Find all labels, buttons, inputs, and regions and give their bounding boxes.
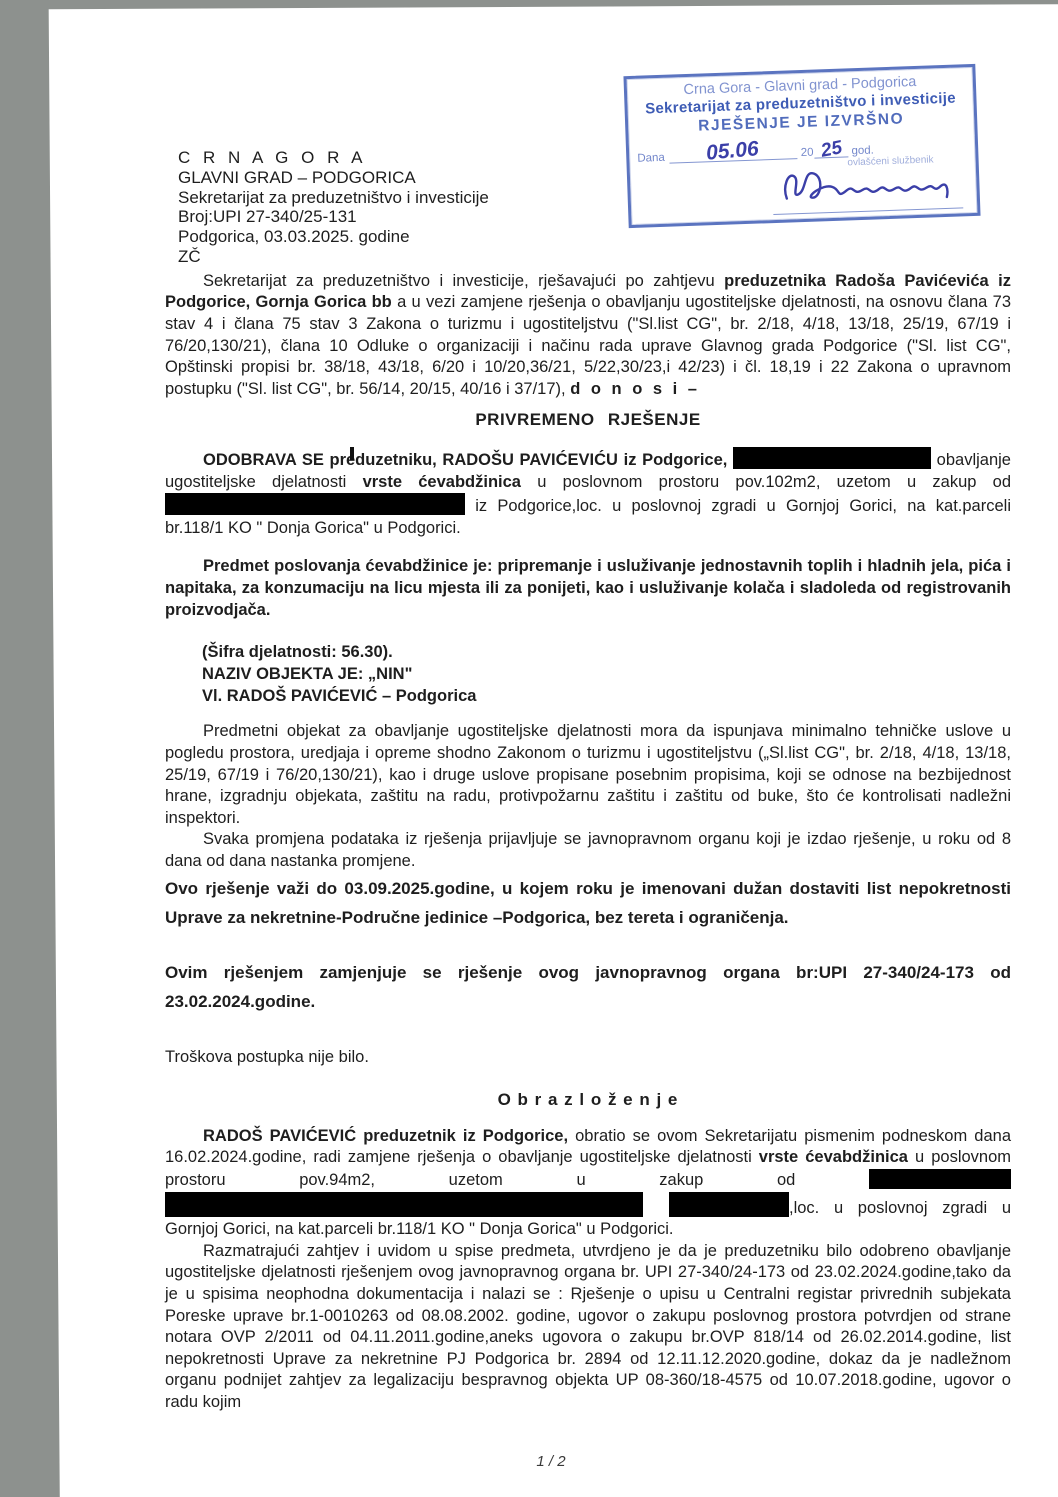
stamp-date-line: 05.06 [668, 134, 797, 163]
intro-donosi: d o n o s i – [570, 380, 700, 398]
letterhead-place-date: Podgorica, 03.03.2025. godine [178, 227, 1011, 247]
approval-text2: u poslovnom prostoru pov.102m2, uzetom u… [521, 473, 1011, 491]
scan-artifact-mark [350, 447, 354, 460]
redaction-bar [869, 1169, 1011, 1189]
activity-code: (Šifra djelatnosti: 56.30). [202, 642, 1011, 664]
approval-type-bold: vrste ćevabdžinica [363, 473, 521, 491]
stamp-year-line: 25 [814, 134, 849, 158]
explanation-party-bold: RADOŠ PAVIĆEVIĆ preduzetnik iz Podgorice… [203, 1127, 568, 1145]
explanation-title: O b r a z l o ž e n j e [165, 1089, 1011, 1111]
redaction-bar [165, 1192, 643, 1217]
page-number: 1 / 2 [0, 1453, 1058, 1470]
stamp-year-prefix: 20 [801, 147, 814, 159]
handwritten-date: 05.06 [705, 137, 759, 165]
explanation-paragraph-1: RADOŠ PAVIĆEVIĆ preduzetnik iz Podgorice… [165, 1126, 1011, 1241]
replacement-paragraph: Ovim rješenjem zamjenjuje se rješenje ov… [165, 958, 1011, 1017]
intro-paragraph: Sekretarijat za preduzetništvo i investi… [165, 271, 1011, 401]
owner-line: Vl. RADOŠ PAVIĆEVIĆ – Podgorica [202, 686, 1011, 708]
intro-lead: Sekretarijat za preduzetništvo i investi… [203, 272, 724, 290]
letterhead-initials: ZČ [178, 247, 1011, 267]
signature-line [772, 158, 964, 215]
stamp-date-label: Dana [637, 152, 665, 165]
explanation-type-bold: vrste ćevabdžinica [759, 1148, 908, 1166]
approval-bold-lead: ODOBRAVA SE preduzetniku, RADOŠU PAVIĆEV… [203, 451, 727, 469]
object-name: NAZIV OBJEKTA JE: „NIN" [202, 664, 1011, 686]
validity-paragraph: Ovo rješenje važi do 03.09.2025.godine, … [165, 874, 1011, 932]
redaction-bar [733, 447, 931, 469]
details-block: (Šifra djelatnosti: 56.30). NAZIV OBJEKT… [202, 642, 1011, 707]
explanation-paragraph-2: Razmatrajući zahtjev i uvidom u spise pr… [165, 1241, 1011, 1414]
handwritten-signature-icon [776, 159, 959, 209]
executive-stamp: Crna Gora - Glavni grad - Podgorica Sekr… [623, 64, 980, 228]
decision-title: PRIVREMENO RJEŠENJE [165, 409, 1011, 431]
stamp-signature-row: ovlašćeni službenik [638, 153, 964, 219]
subject-paragraph: Predmet poslovanja ćevabdžinice je: prip… [165, 556, 1011, 621]
handwritten-year: 25 [819, 137, 844, 163]
document-body: C R N A G O R A GLAVNI GRAD – PODGORICA … [165, 148, 1011, 1414]
redaction-bar [165, 493, 465, 515]
redaction-bar [669, 1192, 789, 1217]
stamp-year-suffix: god. [851, 144, 874, 157]
conditions-paragraph: Predmetni objekat za obavljanje ugostite… [165, 721, 1011, 829]
costs-paragraph: Troškova postupka nije bilo. [165, 1047, 1011, 1069]
change-note-paragraph: Svaka promjena podataka iz rješenja prij… [165, 829, 1011, 872]
approval-paragraph: ODOBRAVA SE preduzetniku, RADOŠU PAVIĆEV… [165, 447, 1011, 539]
